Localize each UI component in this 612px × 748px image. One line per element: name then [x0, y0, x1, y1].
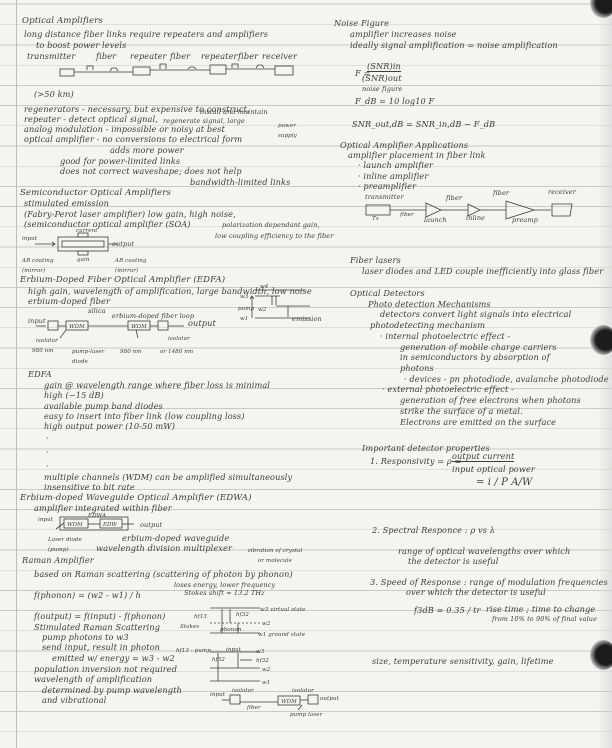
- label-pump: pump: [238, 304, 254, 314]
- heading-edfa-notes: EDFA: [28, 369, 52, 379]
- formula-snr: SNR_out,dB = SNR_in,dB − F_dB: [352, 119, 495, 129]
- responsivity-denominator: input optical power: [452, 464, 535, 474]
- label-hf-in: hf32: [212, 655, 225, 665]
- label-output: output: [320, 694, 339, 704]
- label-input: input: [226, 645, 241, 655]
- soa-sketch: [30, 232, 120, 257]
- heading-applications: Optical Amplifier Applications: [340, 140, 468, 150]
- label-ar-coating-right: AR coating (mirror): [115, 256, 149, 276]
- note-rise-time: rise time ; time to change: [486, 604, 595, 614]
- note-rise-time: from 10% to 90% of final value: [492, 614, 597, 624]
- note-line: bandwidth-limited links: [190, 177, 290, 187]
- label-wdm-meaning: wavelength division multiplexer: [96, 543, 232, 553]
- note-line: high (~15 dB): [44, 390, 104, 400]
- bullet-item: · preamplifier: [358, 181, 416, 191]
- formula-numerator: (SNR)in: [367, 61, 401, 72]
- note-vibration: vibration of crystal or molecule: [244, 546, 306, 566]
- note-line: population inversion not required: [34, 664, 177, 674]
- margin-line: [16, 0, 17, 748]
- heading-edfa: Erbium-Doped Fiber Optical Amplifier (ED…: [20, 275, 225, 285]
- note-line: ·: [46, 447, 49, 457]
- note-line: strike the surface of a metal.: [400, 406, 523, 416]
- note-line: long distance fiber links require repeat…: [24, 29, 268, 39]
- heading-noise-figure: Noise Figure: [334, 18, 389, 28]
- note-line: ideally signal amplification = noise amp…: [350, 40, 558, 50]
- subheading-mechanisms: Photo detection Mechanisms: [368, 299, 491, 309]
- note-line: low coupling efficiency to the fiber: [215, 231, 333, 241]
- note-line: gain @ wavelength range where fiber loss…: [44, 380, 270, 390]
- property-responsivity: 1. Responsivity = ρ =: [370, 456, 462, 466]
- svg-text:w3: w3: [240, 294, 249, 300]
- binder-hole: [590, 325, 612, 355]
- formula-f3db: f3dB = 0.35 / tr: [414, 605, 481, 615]
- note-line: ·: [46, 433, 49, 443]
- label-w2: w2: [262, 619, 270, 629]
- heading-raman: Raman Amplifier: [22, 555, 94, 565]
- note-line: wavelength of amplification: [34, 674, 152, 684]
- label-pump-wavelength: 980 nm: [120, 347, 142, 357]
- note-line: over which the detector is useful: [406, 587, 546, 597]
- note-line: amplifier placement in fiber link: [348, 150, 486, 160]
- label-noise-figure: noise figure: [362, 84, 402, 94]
- heading-soa: Semiconductor Optical Amplifiers: [20, 188, 171, 198]
- heading-optical-detectors: Optical Detectors: [350, 288, 425, 298]
- raman-link-sketch: WDM: [222, 692, 322, 712]
- note-line: and vibrational: [42, 695, 106, 705]
- label-ground-state: w1 ground state: [258, 630, 305, 640]
- label-input: input: [38, 515, 53, 525]
- note-line: erbium-doped fiber: [28, 296, 110, 306]
- formula-phonon: f(phonon) = (w2 - w1) / h: [34, 590, 141, 600]
- heading-fiber-lasers: Fiber lasers: [350, 255, 401, 265]
- bullet-item: · inline amplifier: [358, 171, 428, 181]
- note-line: high output power (10-50 mW): [44, 421, 175, 431]
- heading-edwa: Erbium-doped Waveguide Optical Amplifier…: [20, 493, 252, 503]
- label-fiber: fiber: [400, 210, 414, 220]
- svg-text:WDM: WDM: [131, 324, 147, 330]
- label-pump: hf13 - pump: [176, 646, 211, 656]
- note-line: in semiconductors by absorption of: [400, 352, 550, 362]
- note-line: emitted w/ energy = w3 - w2: [52, 653, 175, 663]
- distance-note: (>50 km): [34, 89, 74, 99]
- note-line: available pump band diodes: [44, 401, 163, 411]
- svg-text:w4: w4: [260, 284, 269, 290]
- note-line: ·: [46, 461, 49, 471]
- svg-text:WDM: WDM: [67, 522, 83, 528]
- binder-hole: [590, 640, 612, 670]
- note-line: · internal photoelectric effect -: [380, 331, 510, 341]
- label-fiber: fiber: [493, 188, 509, 198]
- note-line: power supply: [278, 121, 308, 141]
- heading-optical-amplifiers: Optical Amplifiers: [22, 16, 103, 26]
- label-ar-coating-left: AR coating (mirror): [22, 256, 56, 276]
- note-line: to boost power levels: [36, 40, 126, 50]
- note-line: analog modulation - impossible or noisy …: [24, 124, 225, 134]
- note-line: detectors convert light signals into ele…: [380, 309, 571, 319]
- note-line: (semiconductor optical amplifier (SOA): [24, 219, 191, 229]
- label-w2: w2: [262, 665, 270, 675]
- note-line: stimulated emission: [24, 198, 109, 208]
- label-output: output: [188, 318, 216, 328]
- label-laser-diode: Laser diode (pump): [48, 535, 82, 555]
- note-line: easy to insert into fiber link (low coup…: [44, 411, 245, 421]
- note-line: multiple channels (WDM) can be amplified…: [44, 472, 292, 482]
- note-line: the detector is useful: [408, 556, 498, 566]
- note-line: photodetecting mechanism: [370, 320, 485, 330]
- svg-text:w1: w1: [240, 316, 248, 322]
- formula-fdb: F_dB = 10 log10 F: [355, 96, 434, 106]
- label-preamp: preamp: [512, 215, 538, 225]
- property-spectral-response: 2. Spectral Responce : ρ vs λ: [372, 525, 495, 535]
- note-line: amplifier increases noise: [350, 29, 456, 39]
- note-line: polarization dependant gain,: [222, 220, 320, 230]
- note-line: send input, result in photon: [42, 642, 160, 652]
- responsivity-units: = i / P A/W: [476, 478, 532, 488]
- svg-text:WDM: WDM: [281, 699, 297, 705]
- edfa-sketch: WDM WDM: [36, 316, 186, 348]
- svg-text:w2: w2: [258, 307, 267, 313]
- binder-hole: [590, 0, 612, 18]
- note-line: · devices - pn photodiode, avalanche pho…: [404, 374, 609, 384]
- notebook-page: Optical Amplifiers long distance fiber l…: [0, 0, 612, 748]
- formula-output: f(output) = f(input) - f(phonon): [34, 611, 165, 621]
- note-line: insensitive to bit rate: [44, 482, 135, 492]
- property-speed-of-response: 3. Speed of Response : range of modulati…: [370, 577, 608, 587]
- label-emission: emission: [292, 314, 322, 324]
- note-line: range of optical wavelengths over which: [398, 546, 570, 556]
- formula-denominator: (SNR)out: [362, 73, 402, 83]
- label-alt-wavelength: or 1480 nm: [160, 347, 193, 357]
- label-pump-laser: pump-laser diode: [72, 347, 114, 367]
- label-stokes: Stokes: [180, 622, 199, 632]
- label-receiver: receiver: [548, 187, 576, 197]
- label-silica: silica: [88, 306, 106, 316]
- label-tx: Tx: [372, 214, 379, 224]
- note-line: laser diodes and LED couple inefficientl…: [362, 266, 603, 276]
- svg-text:EDW: EDW: [102, 522, 118, 528]
- label-launch: launch: [424, 215, 447, 225]
- note-line: repeater - detect optical signal,: [24, 114, 158, 124]
- note-line: determined by pump wavelength: [42, 685, 182, 695]
- note-line: good for power-limited links: [60, 156, 180, 166]
- label-output: output: [140, 520, 162, 530]
- label-hf-in: hf13: [194, 612, 207, 622]
- note-line: optical amplifier - no conversions to el…: [24, 134, 242, 144]
- note-line: Electrons are emitted on the surface: [400, 417, 556, 427]
- note-stokes-shift: Stokes shift ≈ 13.2 THz: [184, 588, 265, 598]
- label-inline: inline: [466, 213, 485, 223]
- label-hf-out: hf32: [236, 610, 249, 620]
- responsivity-numerator: output current: [452, 451, 514, 462]
- svg-text:WDM: WDM: [69, 324, 85, 330]
- bullet-item: · launch amplifier: [358, 160, 433, 170]
- note-line: generation of mobile charge carriers: [400, 342, 557, 352]
- repeater-link-sketch: [60, 60, 300, 80]
- note-line: · external photoelectric effect -: [382, 384, 514, 394]
- note-line: based on Raman scattering (scattering of…: [34, 569, 293, 579]
- note-line: adds more power: [110, 145, 184, 155]
- label-virtual-state: w3 virtual state: [260, 605, 305, 615]
- note-line: does not correct waveshape; does not hel…: [60, 166, 242, 176]
- label-phonon: phonon: [220, 625, 241, 635]
- note-other-properties: size, temperature sensitivity, gain, lif…: [372, 656, 554, 666]
- label-w1: w1: [262, 678, 270, 688]
- note-line: (Fabry-Perot laser amplifier) low gain, …: [24, 209, 236, 219]
- note-line: photons: [400, 363, 434, 373]
- note-line: pump photons to w3: [42, 632, 129, 642]
- label-erbium-waveguide: erbium-doped waveguide: [122, 533, 229, 543]
- note-line: generation of free electrons when photon…: [400, 395, 581, 405]
- note-line: Stimulated Raman Scattering: [34, 622, 160, 632]
